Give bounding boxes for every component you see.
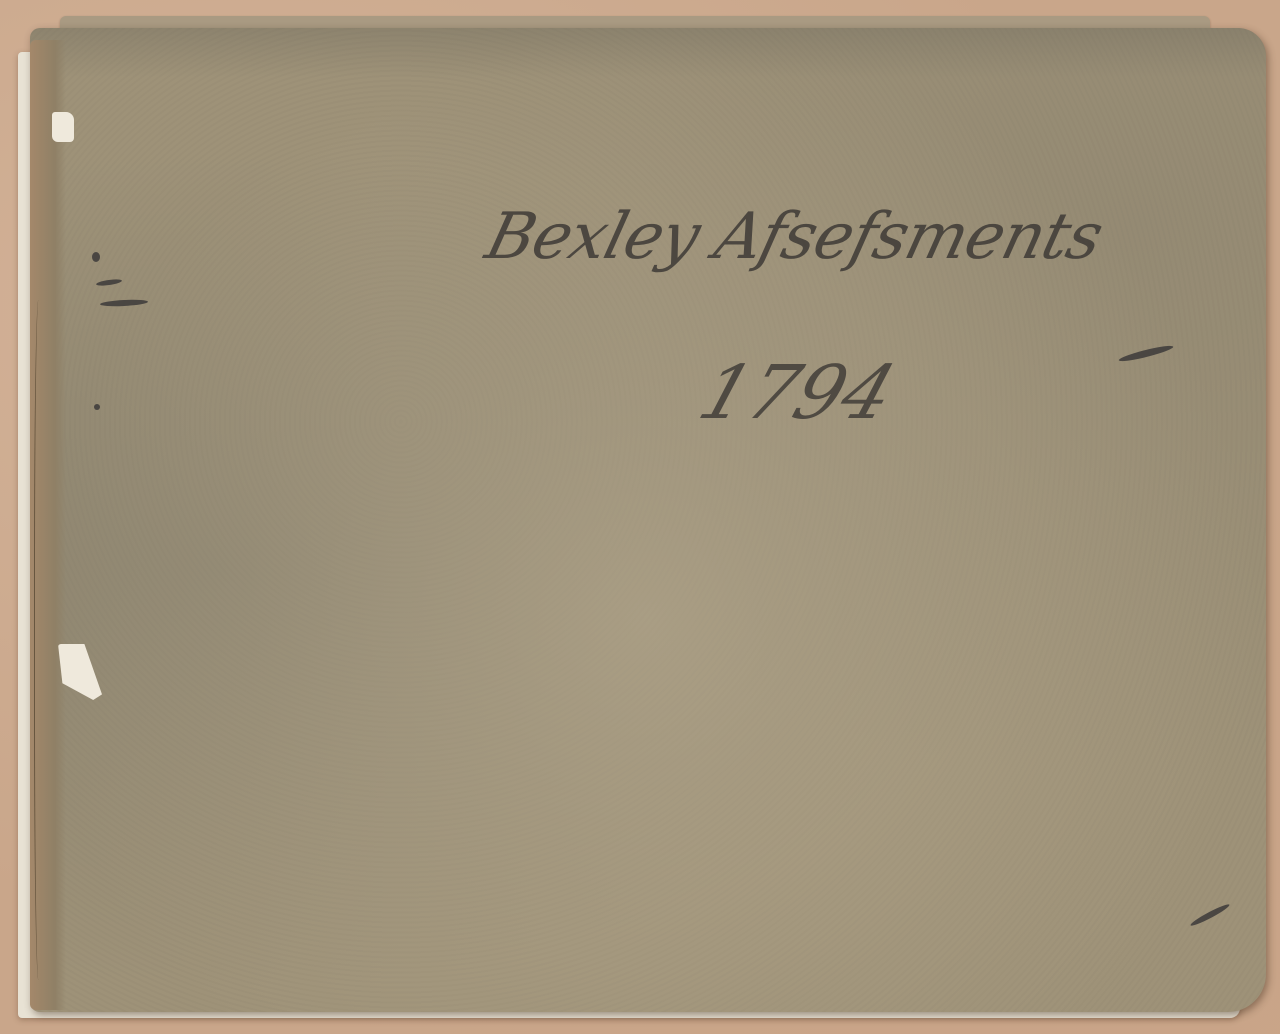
year-text: 1794 xyxy=(689,350,905,436)
ledger-cover xyxy=(30,28,1266,1012)
ink-dot xyxy=(94,404,100,410)
binding-thread xyxy=(34,300,45,980)
ink-blot xyxy=(92,252,100,262)
cover-tear-top xyxy=(52,112,74,142)
title-text: Bexley Afsefsments xyxy=(479,200,1197,274)
handwritten-title: Bexley Afsefsments 1794 xyxy=(488,200,1188,274)
